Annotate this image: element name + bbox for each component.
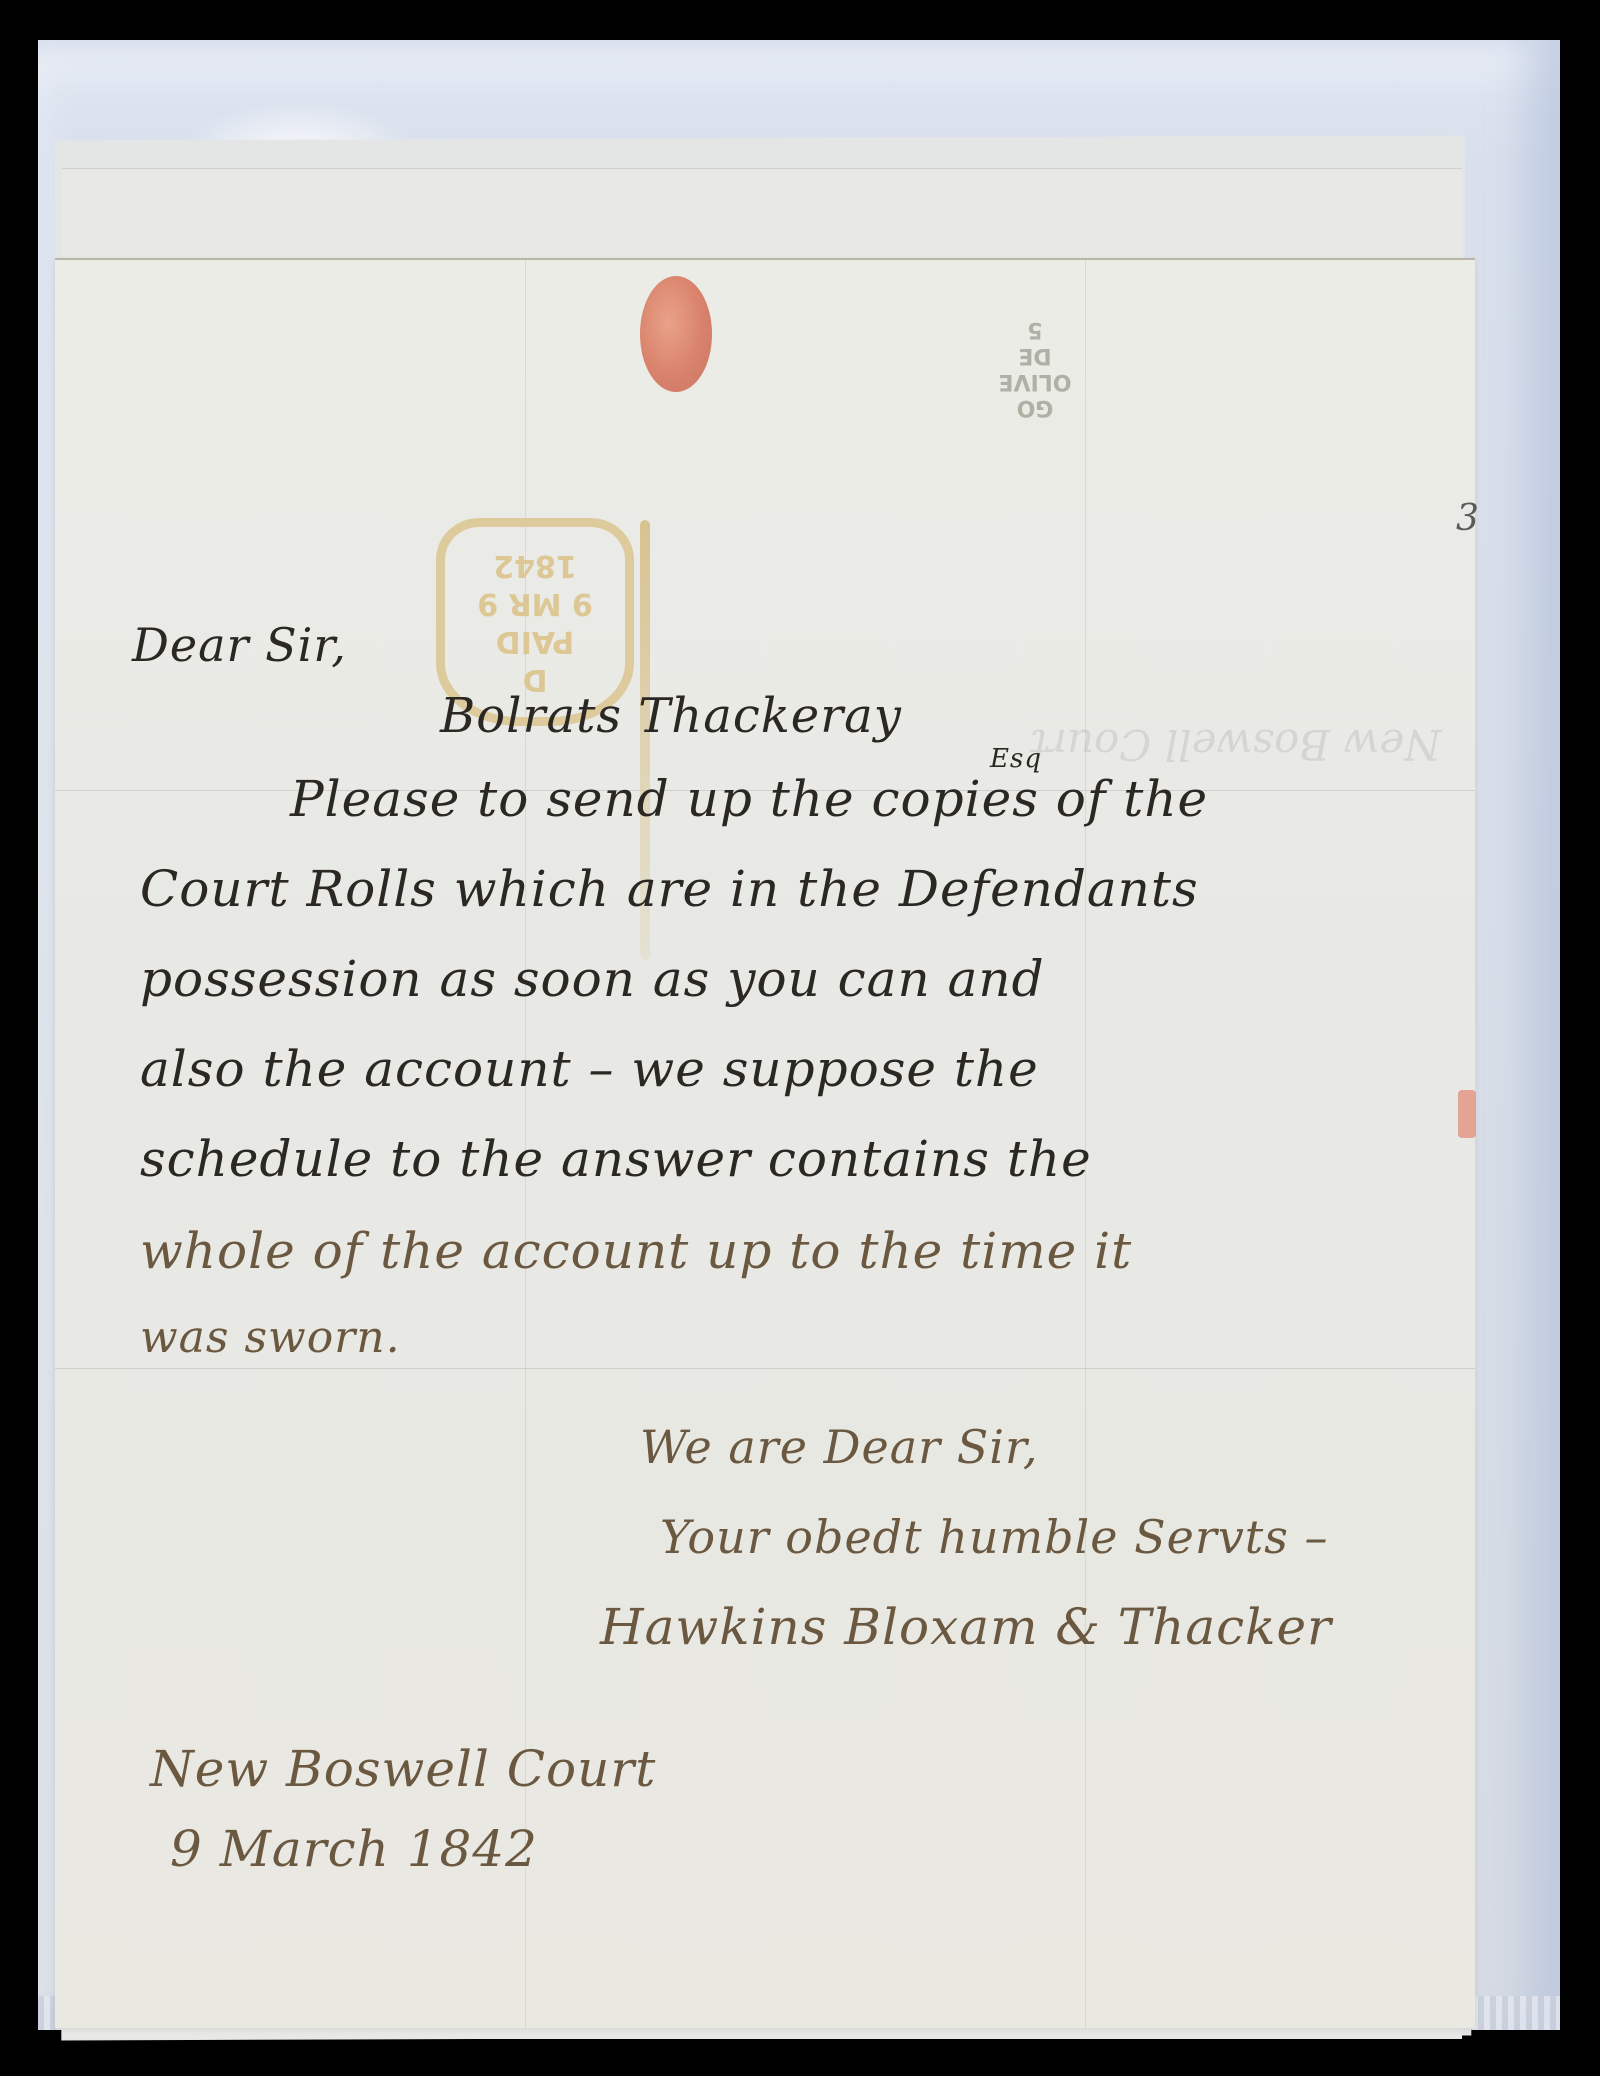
show-through-text: New Boswell Court — [1030, 720, 1441, 769]
closing-line: Your obedt humble Servts – — [660, 1510, 1329, 1564]
addressee: Bolrats Thackeray — [440, 688, 902, 744]
body-line: schedule to the answer contains the — [140, 1130, 1092, 1188]
seal-residue — [1458, 1090, 1476, 1138]
signature: Hawkins Bloxam & Thacker — [600, 1598, 1332, 1656]
fold-line — [55, 1368, 1475, 1369]
postmark-text: OLIVE — [960, 368, 1110, 394]
closing-line: We are Dear Sir, — [640, 1420, 1039, 1474]
paid-stamp-text: PAID — [445, 622, 625, 660]
salutation: Dear Sir, — [132, 618, 347, 672]
body-line: was sworn. — [140, 1312, 401, 1363]
postmark-text: DE — [960, 342, 1110, 368]
body-line: Please to send up the copies of the — [290, 770, 1208, 828]
date-line: 9 March 1842 — [170, 1820, 538, 1878]
body-line: also the account – we suppose the — [140, 1040, 1039, 1098]
paid-stamp-text: 1842 — [445, 546, 625, 584]
postmark-text: GO — [960, 394, 1110, 420]
paid-stamp-text: 9 MR 9 — [445, 584, 625, 622]
wax-seal-icon — [640, 276, 712, 392]
place-line: New Boswell Court — [150, 1740, 656, 1798]
body-line: possession as soon as you can and — [140, 950, 1045, 1008]
body-line: whole of the account up to the time it — [140, 1222, 1132, 1280]
body-line: Court Rolls which are in the Defendants — [140, 860, 1199, 918]
circular-postmark: GO OLIVE DE 5 — [960, 270, 1110, 420]
postmark-text: 5 — [960, 316, 1110, 342]
margin-mark: 3 — [1456, 498, 1480, 539]
